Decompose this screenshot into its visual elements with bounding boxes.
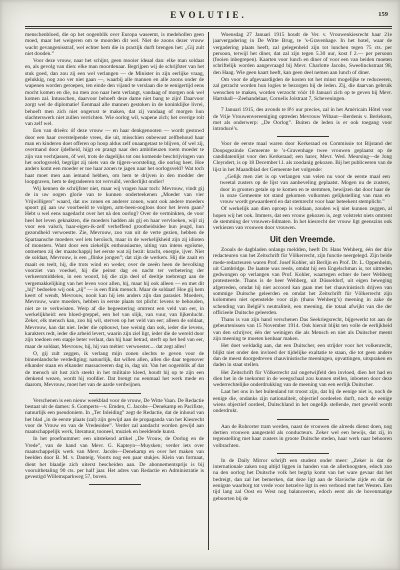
paragraph: Thans is van zijn hand verschenen Das Se… [213,317,392,342]
paragraph: O, gij zult zeggen, ik verlang mijn zone… [25,351,204,389]
paragraph: Een van drieën: óf deze vrouw — en haar … [25,128,204,185]
masthead-title: EVOLUTIE. [25,8,392,20]
paragraph: Woensdag 27 Januari 1915 houdt de Ver. v… [213,32,392,76]
page-header: EVOLUTIE. 159 [25,8,392,23]
section-divider [277,419,329,420]
left-column: menschenbloed, die op het oogenblik over… [25,32,204,550]
paragraph: Het Zeitschrift für Völkerrecht zal onge… [213,370,392,389]
paragraph: Verschenen is een nieuw weekblad voor de… [25,398,204,436]
paragraph: 7 Januari 1915, des avonds te 8½ uur pre… [213,107,392,132]
section-divider [89,393,141,394]
page-number: 159 [378,11,388,18]
paragraph: Wij kennen de schrijfster niet, maar wij… [25,186,204,350]
paragraph: In het proefnummer: een uitstekend artik… [25,436,204,480]
paragraph: Voor deze vrouw, naar het schijnt, geen … [25,58,204,127]
column-divider [208,32,209,550]
scanned-page: EVOLUTIE. 159 menschenbloed, die op het … [0,0,400,570]
right-column: Woensdag 27 Januari 1915 houdt de Ver. v… [213,32,392,550]
paragraph: Laat het ons in het buitenland tot troos… [213,389,392,414]
section-divider [277,453,329,454]
section-divider [89,484,141,485]
paragraph: Aan de Ruhrorter tram werden, naast de v… [213,424,392,449]
paragraph: Of werkelijk aan dien oproep is voldaan,… [213,206,392,231]
paragraph: In de Daily Mirror schrijft een student … [213,458,392,502]
blockquote-paragraph: „Gelijk men ziet is op verlangen van vel… [213,174,392,205]
header-rule [25,26,392,29]
section-divider [277,136,329,137]
paragraph: Om voor de afgevaardigden de kosten tot … [213,77,392,102]
paragraph: menschenbloed, die op het oogenblik over… [25,32,204,57]
paragraph: Het doet weldadig aan, dat een Duitscher… [213,343,392,368]
paragraph: Zooals de dagbladen onlangs meldden, hee… [213,247,392,316]
section-heading-uit-den-vreemde: Uit den Vreemde. [213,237,392,243]
paragraph: Voor de eerste maal waren door Kerkeraad… [213,141,392,172]
text-columns: menschenbloed, die op het oogenblik over… [25,32,392,550]
